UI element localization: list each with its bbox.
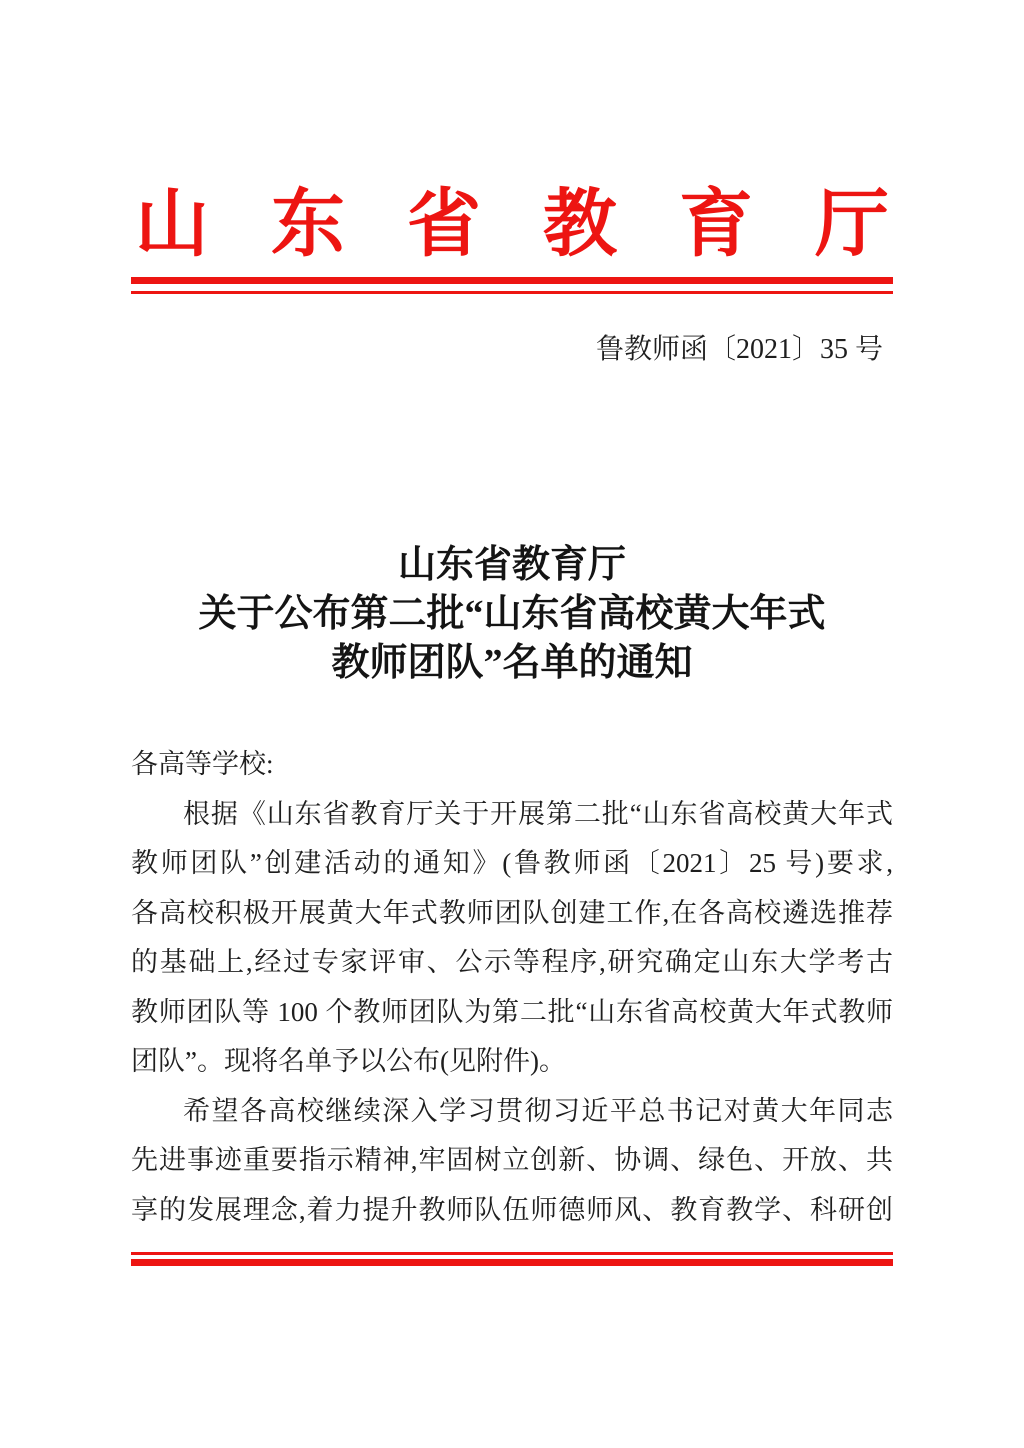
letterhead-rule-thin bbox=[131, 291, 893, 294]
title-line: 教师团队”名单的通知 bbox=[131, 639, 893, 688]
body-line: 的基础上,经过专家评审、公示等程序,研究确定山东大学考古 bbox=[131, 938, 893, 988]
agency-name: 山东省教育厅 bbox=[135, 184, 951, 266]
body-line: 享的发展理念,着力提升教师队伍师德师风、教育教学、科研创 bbox=[131, 1186, 893, 1236]
document-page: 山东省教育厅 鲁教师函〔2021〕35 号 山东省教育厅 关于公布第二批“山东省… bbox=[0, 0, 1024, 1448]
body-line: 教师团队等 100 个教师团队为第二批“山东省高校黄大年式教师 bbox=[131, 988, 893, 1038]
footer-rule-thick bbox=[131, 1259, 893, 1266]
document-number: 鲁教师函〔2021〕35 号 bbox=[131, 332, 883, 368]
body-line: 团队”。现将名单予以公布(见附件)。 bbox=[131, 1037, 893, 1087]
agency-letterhead: 山东省教育厅 bbox=[131, 186, 893, 264]
body-line: 先进事迹重要指示精神,牢固树立创新、协调、绿色、开放、共 bbox=[131, 1136, 893, 1186]
letterhead-rule-thick bbox=[131, 277, 893, 284]
body-line: 根据《山东省教育厅关于开展第二批“山东省高校黄大年式 bbox=[131, 790, 893, 840]
body-line: 教师团队”创建活动的通知》(鲁教师函〔2021〕25 号)要求, bbox=[131, 839, 893, 889]
body-line: 各高校积极开展黄大年式教师团队创建工作,在各高校遴选推荐 bbox=[131, 889, 893, 939]
footer-rule-thin bbox=[131, 1252, 893, 1255]
salutation: 各高等学校: bbox=[131, 740, 893, 790]
body-line: 希望各高校继续深入学习贯彻习近平总书记对黄大年同志 bbox=[131, 1087, 893, 1137]
notice-title: 山东省教育厅 关于公布第二批“山东省高校黄大年式 教师团队”名单的通知 bbox=[131, 541, 893, 688]
title-line: 关于公布第二批“山东省高校黄大年式 bbox=[131, 590, 893, 639]
notice-body: 各高等学校: 根据《山东省教育厅关于开展第二批“山东省高校黄大年式 教师团队”创… bbox=[131, 740, 893, 1235]
title-line: 山东省教育厅 bbox=[131, 541, 893, 590]
